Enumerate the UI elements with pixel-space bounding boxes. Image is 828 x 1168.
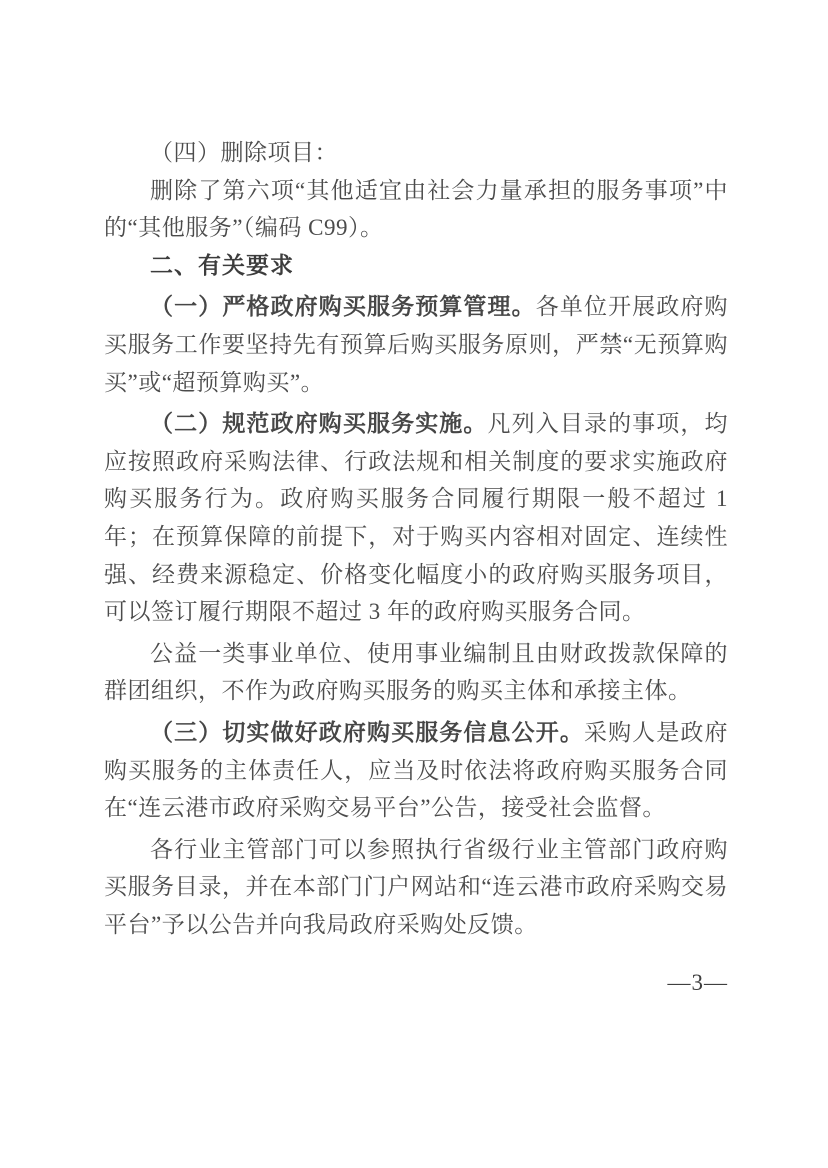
paragraph-item-1: （一）严格政府购买服务预算管理。各单位开展政府购买服务工作要坚持先有预算后购买服… <box>104 288 728 401</box>
paragraph-lead: （一）严格政府购买服务预算管理。 <box>150 294 536 319</box>
paragraph-text: 各行业主管部门可以参照执行省级行业主管部门政府购买服务目录，并在本部门门户网站和… <box>104 837 728 937</box>
section-heading: 二、有关要求 <box>104 247 728 285</box>
paragraph-text: 公益一类事业单位、使用事业编制且由财政拨款保障的群团组织，不作为政府购买服务的购… <box>104 641 728 704</box>
page-number: —3— <box>668 966 729 1000</box>
paragraph-item-gongyi: 公益一类事业单位、使用事业编制且由财政拨款保障的群团组织，不作为政府购买服务的购… <box>104 635 728 710</box>
paragraph-item-d4-title: （四）删除项目： <box>104 134 728 172</box>
paragraph-lead: （三）切实做好政府购买服务信息公开。 <box>150 720 584 745</box>
paragraph-item-d4-body: 删除了第六项“其他适宜由社会力量承担的服务事项”中的“其他服务”（编码 C99）… <box>104 172 728 247</box>
paragraph-lead: （二）规范政府购买服务实施。 <box>150 411 488 436</box>
paragraph-item-2: （二）规范政府购买服务实施。凡列入目录的事项，均应按照政府采购法律、行政法规和相… <box>104 405 728 631</box>
paragraph-text: 删除了第六项“其他适宜由社会力量承担的服务事项”中的“其他服务”（编码 C99）… <box>104 178 728 241</box>
section-heading-text: 二、有关要求 <box>150 252 294 278</box>
paragraph-text: 凡列入目录的事项，均应按照政府采购法律、行政法规和相关制度的要求实施政府购买服务… <box>104 411 728 624</box>
paragraph-item-3: （三）切实做好政府购买服务信息公开。采购人是政府购买服务的主体责任人，应当及时依… <box>104 714 728 827</box>
paragraph-text: （四）删除项目： <box>150 140 338 165</box>
document-page: （四）删除项目： 删除了第六项“其他适宜由社会力量承担的服务事项”中的“其他服务… <box>0 0 828 1168</box>
paragraph-item-hangye: 各行业主管部门可以参照执行省级行业主管部门政府购买服务目录，并在本部门门户网站和… <box>104 831 728 944</box>
document-body: （四）删除项目： 删除了第六项“其他适宜由社会力量承担的服务事项”中的“其他服务… <box>104 134 728 943</box>
